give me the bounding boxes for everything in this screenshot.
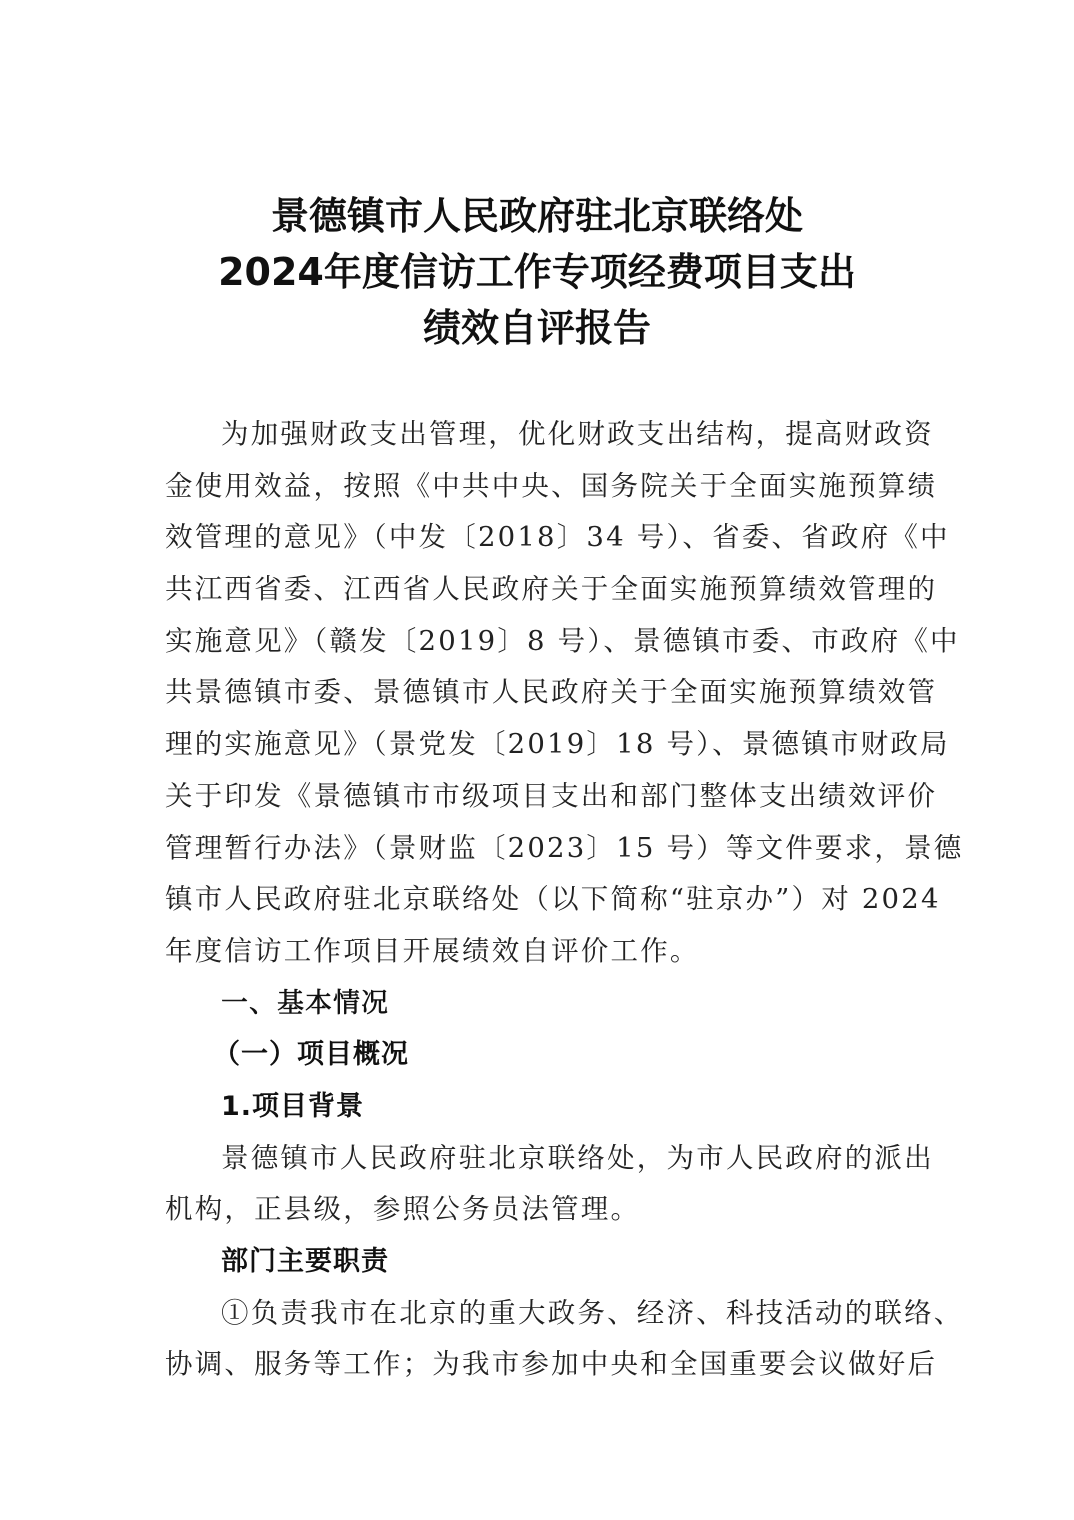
- paragraph-line: 效管理的意见》（中发〔2018〕34 号）、省委、省政府《中: [165, 512, 925, 564]
- document-page: 景德镇市人民政府驻北京联络处 2024年度信访工作专项经费项目支出 绩效自评报告…: [0, 0, 1074, 1520]
- item-heading-project-background: 1.项目背景: [165, 1081, 925, 1133]
- title-line-3: 绩效自评报告: [0, 300, 1074, 356]
- paragraph-line: 共江西省委、江西省人民政府关于全面实施预算绩效管理的: [165, 564, 925, 616]
- paragraph-line: 管理暂行办法》（景财监〔2023〕15 号）等文件要求，景德: [165, 823, 925, 875]
- paragraph-line: 机构，正县级，参照公务员法管理。: [165, 1184, 925, 1236]
- document-body: 为加强财政支出管理，优化财政支出结构，提高财政资 金使用效益，按照《中共中央、国…: [165, 409, 925, 1391]
- paragraph-line: 共景德镇市委、景德镇市人民政府关于全面实施预算绩效管: [165, 667, 925, 719]
- paragraph-line: ①负责我市在北京的重大政务、经济、科技活动的联络、: [165, 1288, 925, 1340]
- paragraph-line: 为加强财政支出管理，优化财政支出结构，提高财政资: [165, 409, 925, 461]
- paragraph-line: 关于印发《景德镇市市级项目支出和部门整体支出绩效评价: [165, 771, 925, 823]
- title-line-2: 2024年度信访工作专项经费项目支出: [0, 244, 1074, 300]
- paragraph-line: 实施意见》（赣发〔2019〕8 号）、景德镇市委、市政府《中: [165, 616, 925, 668]
- paragraph-line: 金使用效益，按照《中共中央、国务院关于全面实施预算绩: [165, 461, 925, 513]
- duties-heading: 部门主要职责: [165, 1236, 925, 1288]
- background-paragraph: 景德镇市人民政府驻北京联络处，为市人民政府的派出 机构，正县级，参照公务员法管理…: [165, 1133, 925, 1236]
- intro-paragraph: 为加强财政支出管理，优化财政支出结构，提高财政资 金使用效益，按照《中共中央、国…: [165, 409, 925, 978]
- document-title: 景德镇市人民政府驻北京联络处 2024年度信访工作专项经费项目支出 绩效自评报告: [0, 188, 1074, 356]
- title-line-1: 景德镇市人民政府驻北京联络处: [0, 188, 1074, 244]
- paragraph-line: 镇市人民政府驻北京联络处（以下简称“驻京办”）对 2024: [165, 874, 925, 926]
- paragraph-line: 协调、服务等工作；为我市参加中央和全国重要会议做好后: [165, 1339, 925, 1391]
- duties-paragraph: ①负责我市在北京的重大政务、经济、科技活动的联络、 协调、服务等工作；为我市参加…: [165, 1288, 925, 1391]
- subsection-heading-project-overview: （一）项目概况: [165, 1029, 925, 1081]
- paragraph-line: 理的实施意见》（景党发〔2019〕18 号）、景德镇市财政局: [165, 719, 925, 771]
- paragraph-line: 年度信访工作项目开展绩效自评价工作。: [165, 926, 925, 978]
- paragraph-line: 景德镇市人民政府驻北京联络处，为市人民政府的派出: [165, 1133, 925, 1185]
- section-heading-basic-info: 一、基本情况: [165, 978, 925, 1030]
